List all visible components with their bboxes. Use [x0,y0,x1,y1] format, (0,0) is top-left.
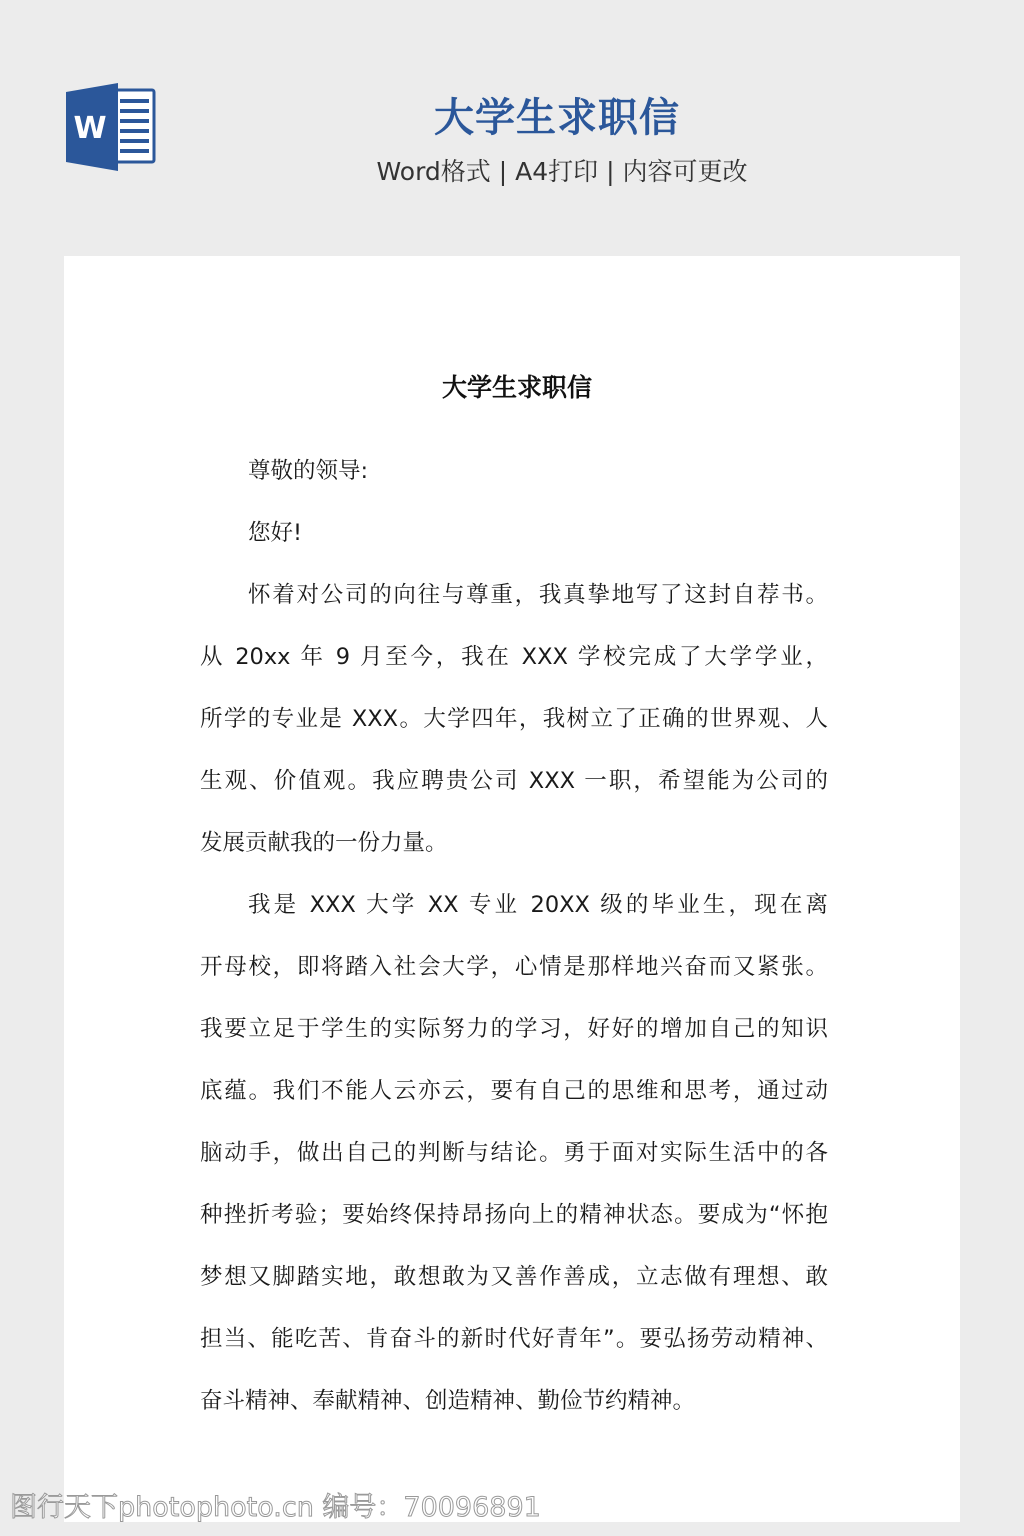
paragraph-line: 种挫折考验；要始终保持昂扬向上的精神状态。要成为“怀抱 [200,1184,828,1246]
watermark-text: 图行天下photophoto.cn 编号：70096891 [10,1488,541,1528]
paragraph-line: 所学的专业是 XXX。大学四年，我树立了正确的世界观、人 [200,688,828,750]
paragraph-line: 我要立足于学生的实际努力的学习，好好的增加自己的知识 [200,998,828,1060]
document-page: 大学生求职信 尊敬的领导: 您好! 怀着对公司的向往与尊重，我真挚地写了这封自荐… [64,256,960,1522]
paragraph-line: 奋斗精神、奉献精神、创造精神、勤俭节约精神。 [200,1370,828,1432]
document-body: 尊敬的领导: 您好! 怀着对公司的向往与尊重，我真挚地写了这封自荐书。 从 20… [200,440,828,1432]
paragraph-line: 底蕴。我们不能人云亦云，要有自己的思维和思考，通过动 [200,1060,828,1122]
header-subtitle: Word格式 | A4打印 | 内容可更改 [0,154,1024,190]
paragraph-line: 梦想又脚踏实地，敢想敢为又善作善成，立志做有理想、敢 [200,1246,828,1308]
paragraph-line: 发展贡献我的一份力量。 [200,812,828,874]
paragraph-line: 从 20xx 年 9 月至今，我在 XXX 学校完成了大学学业， [200,626,828,688]
paragraph-line: 脑动手，做出自己的判断与结论。勇于面对实际生活中的各 [200,1122,828,1184]
header-title: 大学生求职信 [0,92,1024,144]
paragraph-line: 开母校，即将踏入社会大学，心情是那样地兴奋而又紧张。 [200,936,828,998]
salutation: 尊敬的领导: [200,440,828,502]
greeting: 您好! [200,502,828,564]
paragraph-1: 怀着对公司的向往与尊重，我真挚地写了这封自荐书。 从 20xx 年 9 月至今，… [200,564,828,874]
paragraph-line: 怀着对公司的向往与尊重，我真挚地写了这封自荐书。 [200,564,828,626]
document-title: 大学生求职信 [64,370,970,406]
paragraph-2: 我是 XXX 大学 XX 专业 20XX 级的毕业生，现在离 开母校，即将踏入社… [200,874,828,1432]
paragraph-line: 生观、价值观。我应聘贵公司 XXX 一职，希望能为公司的 [200,750,828,812]
paragraph-line: 我是 XXX 大学 XX 专业 20XX 级的毕业生，现在离 [200,874,828,936]
paragraph-line: 担当、能吃苦、肯奋斗的新时代好青年”。要弘扬劳动精神、 [200,1308,828,1370]
